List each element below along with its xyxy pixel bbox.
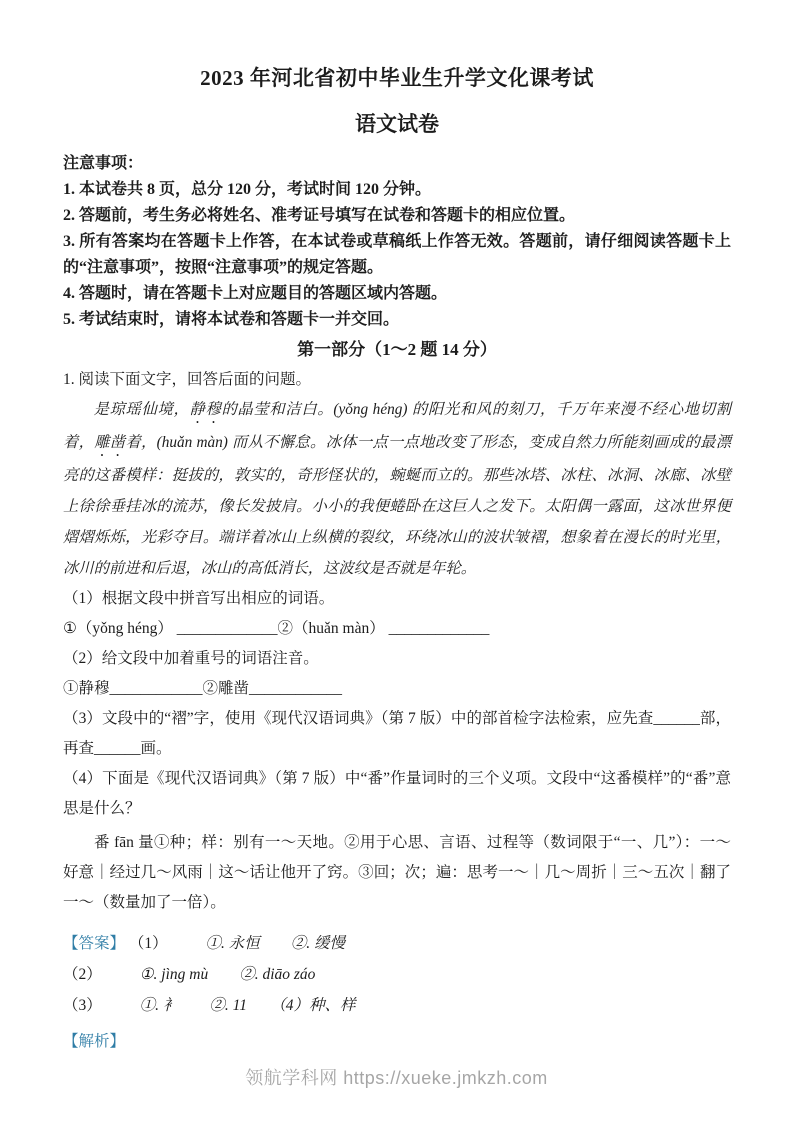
answer-row-1: 【答案】 （1） ①. 永恒 ②. 缓慢 [63,928,731,959]
emphasized-word: 静穆 [190,401,222,418]
answer-row-1-number: （1） [129,935,168,952]
section-heading: 第一部分（1～2 题 14 分） [63,338,731,362]
notice-item-2: 2. 答题前，考生务必将姓名、准考证号填写在试卷和答题卡的相应位置。 [63,203,731,229]
emphasized-word: 雕凿 [94,434,125,451]
answer-row-3-number: （3） [63,997,102,1014]
analysis-section: 【解析】 [63,1027,731,1057]
dictionary-entry: 番 fān 量①种；样：别有一～天地。②用于心思、言语、过程等（数词限于“一、几… [63,828,731,918]
notice-section: 注意事项： 1. 本试卷共 8 页，总分 120 分，考试时间 120 分钟。 … [63,151,731,333]
notice-heading: 注意事项： [63,151,731,177]
subquestion4-prompt: （4）下面是《现代汉语词典》（第 7 版）中“番”作量词时的三个义项。文段中“这… [63,764,731,824]
subquestion2-prompt: （2）给文段中加着重号的词语注音。 [63,644,731,674]
notice-item-4: 4. 答题时，请在答题卡上对应题目的答题区域内答题。 [63,281,731,307]
answer-row-2: （2） ①. jìng mù ②. diāo záo [63,959,731,990]
answer-label: 【答案】 [63,935,125,952]
question1-stem: 1. 阅读下面文字，回答后面的问题。 [63,368,731,392]
passage-text: 是琼瑶仙境， [94,401,190,418]
exam-document-page: 2023 年河北省初中毕业生升学文化课考试 语文试卷 注意事项： 1. 本试卷共… [0,0,793,1122]
notice-item-5: 5. 考试结束时，请将本试卷和答题卡一并交回。 [63,307,731,333]
subquestion2-blanks: ①静穆____________②雕凿____________ [63,674,731,704]
analysis-label: 【解析】 [63,1033,125,1050]
answer-row-2-number: （2） [63,966,102,983]
answer-section: 【答案】 （1） ①. 永恒 ②. 缓慢 （2） ①. jìng mù ②. d… [63,928,731,1021]
reading-passage: 是琼瑶仙境，静穆的晶莹和洁白。(yǒng héng) 的阳光和风的刻刀，千万年来… [63,394,731,584]
subquestion3-prompt: （3）文段中的“褶”字，使用《现代汉语词典》（第 7 版）中的部首检字法检索，应… [63,704,731,764]
answer-row-2-content: ①. jìng mù ②. diāo záo [140,966,316,983]
subquestion1-prompt: （1）根据文段中拼音写出相应的词语。 [63,584,731,614]
exam-title: 2023 年河北省初中毕业生升学文化课考试 [63,62,731,92]
answer-row-1-content: ①. 永恒 ②. 缓慢 [206,935,346,952]
subquestion1-blanks: ①（yǒng héng） _____________②（huǎn màn） __… [63,614,731,644]
answer-row-3: （3） ①. 衤 ②. 11 （4）种、样 [63,990,731,1021]
notice-item-3: 3. 所有答案均在答题卡上作答，在本试卷或草稿纸上作答无效。答题前，请仔细阅读答… [63,229,731,281]
notice-item-1: 1. 本试卷共 8 页，总分 120 分，考试时间 120 分钟。 [63,177,731,203]
watermark-text: 领航学科网 https://xueke.jmkzh.com [245,1068,548,1088]
watermark-footer: 领航学科网 https://xueke.jmkzh.com [0,1064,793,1090]
exam-subtitle: 语文试卷 [63,108,731,138]
passage-text: 着，(huǎn màn) 而从不懈怠。冰体一点一点地改变了形态，变成自然力所能刻… [63,434,731,577]
answer-row-3-content: ①. 衤 ②. 11 （4）种、样 [140,997,356,1014]
